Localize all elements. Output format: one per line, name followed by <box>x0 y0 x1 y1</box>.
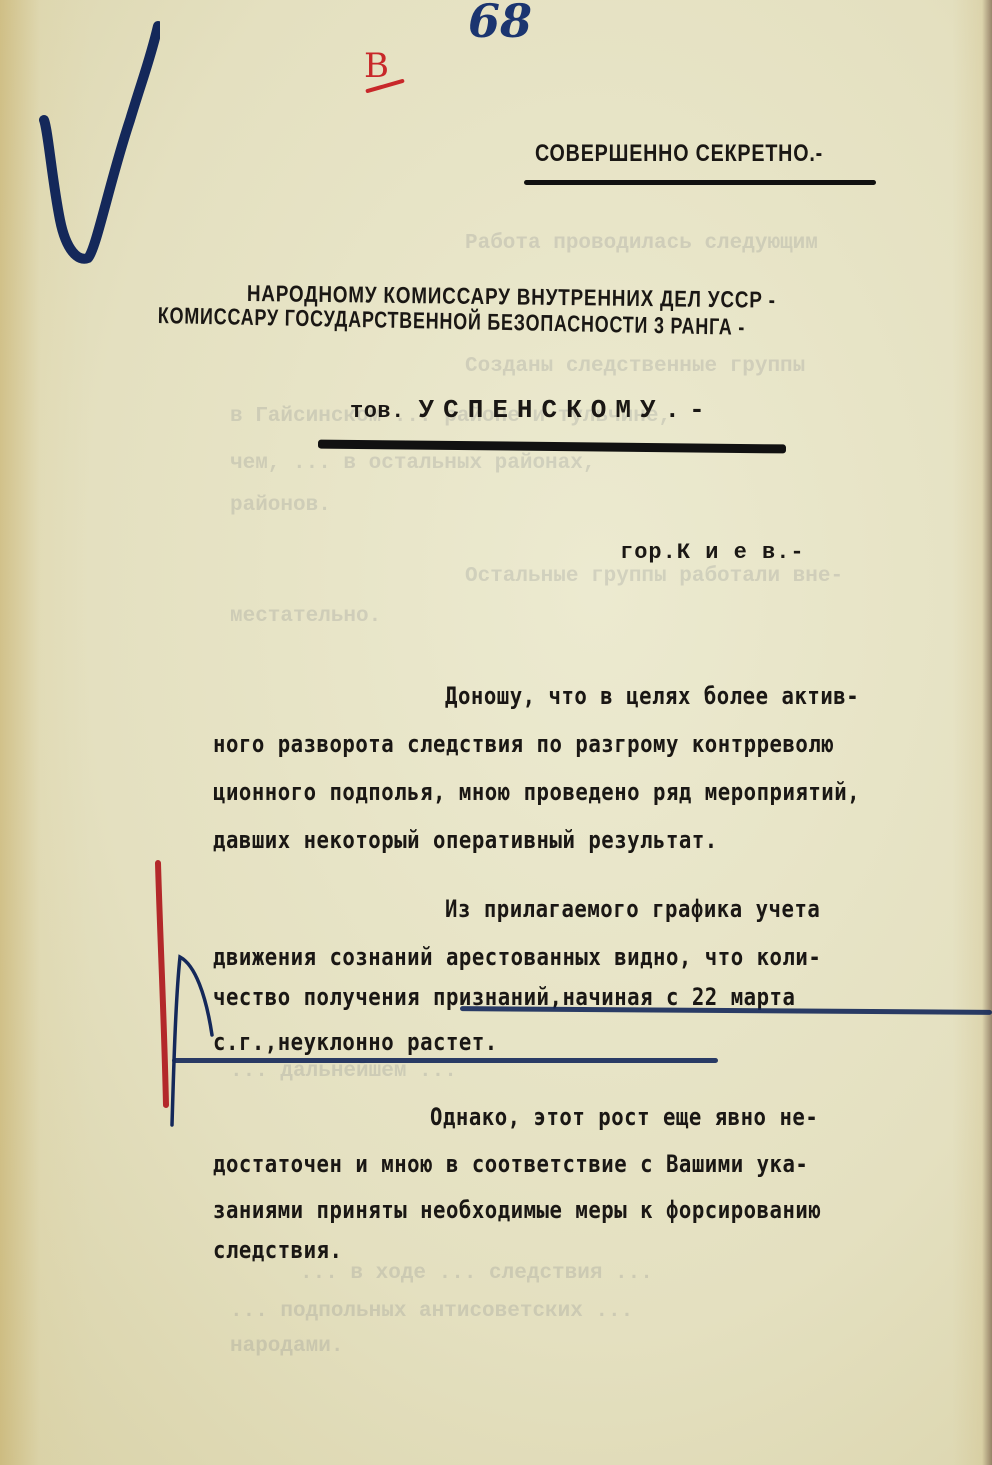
bleed-through-line: ... подпольных антисоветских ... <box>230 1300 633 1323</box>
classification-underline <box>524 180 876 185</box>
paragraph-1-line: Доношу, что в целях более актив- <box>445 682 859 710</box>
page-number: 68 <box>468 0 532 48</box>
paragraph-3-line: следствия. <box>213 1236 342 1264</box>
city-line: гор.К и е в.- <box>620 540 805 565</box>
bleed-through-line: народами. <box>230 1335 343 1358</box>
addressee-name-prefix: тов. <box>350 399 405 424</box>
margin-bracket-icon <box>140 855 230 1135</box>
bleed-through-line: Созданы следственные группы <box>465 355 805 378</box>
blue-pencil-underline <box>172 1058 718 1063</box>
red-letter-mark: В <box>364 46 389 86</box>
bleed-through-line: чем, ... в остальных районах, <box>230 452 595 475</box>
paragraph-1-line: ного разворота следствия по разгрому кон… <box>213 730 834 758</box>
paragraph-1-line: давших некоторый оперативный результат. <box>213 826 718 854</box>
bleed-through-line: Работа проводилась следующим <box>465 232 818 255</box>
paragraph-2-line: движения сознаний арестованных видно, чт… <box>213 943 821 971</box>
bleed-through-line: ... дальнейшем ... <box>230 1060 457 1083</box>
document-page: Работа проводилась следующим Созданы сле… <box>0 0 992 1465</box>
bleed-through-line: Остальные группы работали вне- <box>465 565 843 588</box>
addressee-name: УСПЕНСКОМУ.- <box>419 395 714 425</box>
check-mark-icon <box>30 20 160 270</box>
paragraph-3-line: заниями приняты необходимые меры к форси… <box>213 1196 821 1224</box>
blue-pencil-underline <box>460 1006 992 1015</box>
paragraph-2-line: Из прилагаемого графика учета <box>445 895 820 923</box>
bleed-through-line: ... в ходе ... следствия ... <box>300 1262 653 1285</box>
paragraph-1-line: ционного подполья, мною проведено ряд ме… <box>213 778 860 806</box>
classification-label: СОВЕРШЕННО СЕКРЕТНО.- <box>535 140 823 168</box>
addressee-name-line: тов. УСПЕНСКОМУ.- <box>350 395 714 425</box>
bleed-through-line: местательно. <box>230 605 381 628</box>
paragraph-3-line: Однако, этот рост еще явно не- <box>430 1103 818 1131</box>
paragraph-2-line: с.г.,неуклонно растет. <box>213 1028 498 1056</box>
paragraph-3-line: достаточен и мною в соответствие с Вашим… <box>213 1150 808 1178</box>
bleed-through-line: районов. <box>230 494 331 517</box>
